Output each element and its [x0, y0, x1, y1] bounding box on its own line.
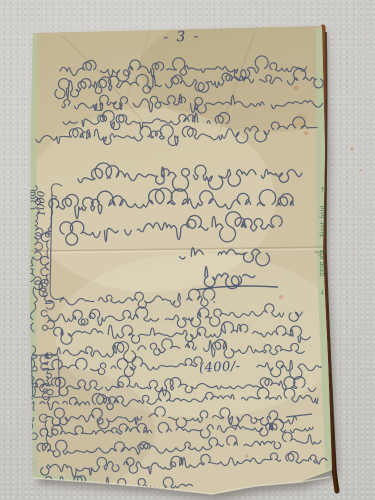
- background-speck: [351, 148, 354, 151]
- colon-dot: [213, 301, 215, 303]
- stain: [294, 86, 299, 91]
- stain: [245, 454, 249, 458]
- green-edge-left: [32, 34, 33, 478]
- stain: [304, 131, 308, 135]
- photo-of-handwritten-letter: { "meta": { "description": "Photograph o…: [0, 0, 375, 500]
- letter-photo: [0, 0, 375, 500]
- colon-dot: [213, 296, 215, 298]
- background-speck: [360, 169, 362, 171]
- stain: [279, 295, 283, 299]
